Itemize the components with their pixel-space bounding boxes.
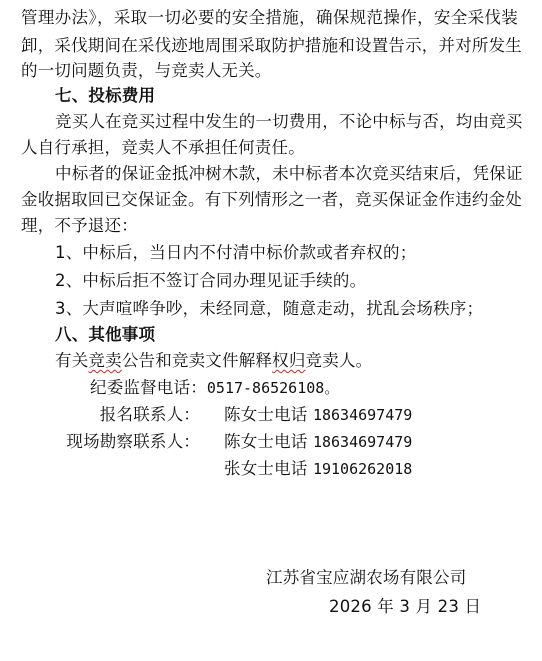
interpretation-statement: 有关竞卖公告和竞卖文件解释权归竞卖人。 [55, 351, 372, 371]
contact-name: 张女士电话 [224, 459, 308, 478]
section-heading-bidding-costs: 七、投标费用 [55, 86, 155, 106]
body-text-line: 人自行承担，竞卖人不承担任何责任。 [21, 138, 305, 158]
signature-date: 2026 年 3 月 23 日 [329, 597, 481, 617]
section-heading-other-matters: 八、其他事项 [55, 325, 155, 345]
supervision-phone-line: 纪委监督电话：0517-86526108。 [90, 378, 339, 398]
contact-phone: 19106262018 [313, 460, 412, 478]
contact-registration: 陈女士电话 18634697479 [224, 405, 412, 425]
body-text-line: 中标者的保证金抵冲树木款，未中标者本次竞买结束后，凭保证 [55, 164, 518, 184]
contact-phone: 18634697479 [313, 406, 412, 424]
contact-role-site-survey: 现场勘察联系人： [0, 432, 200, 452]
list-item: 3、大声喧哗争吵，未经同意，随意走动，扰乱会场秩序； [55, 299, 483, 319]
body-text-line: 的一切问题负责，与竞卖人无关。 [21, 61, 272, 81]
contact-role-registration: 报名联系人： [0, 405, 200, 425]
contact-name: 陈女士电话 [224, 432, 308, 451]
body-text-line: 竞买人在竞买过程中发生的一切费用，不论中标与否，均由竞买 [55, 112, 518, 132]
spellcheck-flagged-text: 竞卖 [88, 351, 121, 370]
text-run: 公告和竞卖文件解释 [122, 351, 272, 370]
contact-phone: 18634697479 [313, 433, 412, 451]
body-text-line: 理，不予退还： [21, 216, 138, 236]
contact-site-survey-1: 陈女士电话 18634697479 [224, 432, 412, 452]
spellcheck-flagged-text: 权归 [272, 351, 305, 370]
contact-name: 陈女士电话 [224, 405, 308, 424]
supervision-phone: 0517-86526108。 [207, 379, 339, 397]
contact-site-survey-2: 张女士电话 19106262018 [224, 459, 412, 479]
list-item: 1、中标后，当日内不付清中标价款或者弃权的； [55, 243, 416, 263]
supervision-label: 纪委监督电话： [90, 378, 207, 397]
text-run: 竞卖人。 [306, 351, 373, 370]
body-text-line: 管理办法》，采取一切必要的安全措施，确保规范操作，安全采伐装 [21, 8, 518, 28]
signature-company: 江苏省宝应湖农场有限公司 [266, 568, 466, 588]
body-text-line: 卸，采伐期间在采伐迹地周围采取防护措施和设置告示，并对所发生 [21, 36, 518, 56]
body-text-line: 金收据取回已交保证金。有下列情形之一者，竞买保证金作违约金处 [21, 190, 518, 210]
text-run: 有关 [55, 351, 88, 370]
list-item: 2、中标后拒不签订合同办理见证手续的。 [55, 271, 366, 291]
